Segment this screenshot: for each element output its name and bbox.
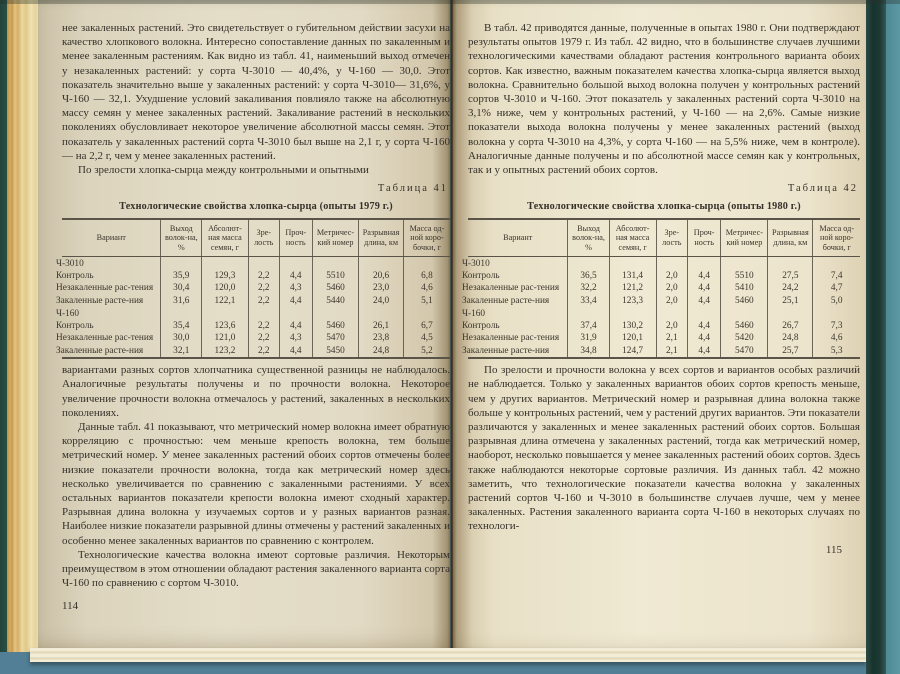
- value-cell: [248, 307, 279, 320]
- column-header: Разрывная длина, км: [768, 219, 813, 257]
- table-row: Незакаленные рас-тения32,2121,22,04,4541…: [468, 282, 860, 295]
- column-header: Разрывная длина, км: [359, 219, 404, 257]
- value-cell: 2,2: [248, 282, 279, 295]
- paragraph: вариантами разных сортов хлопчатника сущ…: [62, 363, 450, 420]
- value-cell: 23,8: [359, 332, 404, 345]
- value-cell: [768, 307, 813, 320]
- column-header: Метричес-кий номер: [312, 219, 359, 257]
- paragraph: нее закаленных растений. Это свидетельст…: [62, 21, 450, 163]
- value-cell: 4,4: [688, 320, 721, 333]
- value-cell: 37,4: [568, 320, 609, 333]
- page-edges-bottom: [30, 648, 866, 662]
- table-row: Незакаленные рас-тения30,4120,02,24,3546…: [62, 282, 450, 295]
- column-header: Вариант: [62, 219, 161, 257]
- value-cell: 130,2: [609, 320, 656, 333]
- left-page-text-column: нее закаленных растений. Это свидетельст…: [62, 21, 450, 641]
- table-header-row: ВариантВыход волок-на, %Абсолют-ная масс…: [468, 219, 860, 257]
- value-cell: 35,9: [161, 270, 202, 283]
- value-cell: 30,0: [161, 332, 202, 345]
- variant-cell: Контроль: [62, 320, 161, 333]
- value-cell: 2,2: [248, 332, 279, 345]
- column-header: Выход волок-на, %: [568, 219, 609, 257]
- column-header: Масса од-ной коро-бочки, г: [403, 219, 450, 257]
- value-cell: [721, 307, 768, 320]
- table-header-row: ВариантВыход волок-на, %Абсолют-ная масс…: [62, 219, 450, 257]
- table-42-title: Технологические свойства хлопка-сырца (о…: [468, 200, 860, 214]
- variant-cell: Закаленные расте-ния: [468, 345, 568, 359]
- value-cell: 123,3: [609, 295, 656, 308]
- table-row: Ч-3010: [468, 257, 860, 270]
- value-cell: 36,5: [568, 270, 609, 283]
- value-cell: 5470: [721, 345, 768, 359]
- value-cell: 5460: [721, 320, 768, 333]
- value-cell: 4,4: [279, 295, 312, 308]
- value-cell: 2,1: [656, 332, 687, 345]
- value-cell: 7,3: [813, 320, 860, 333]
- value-cell: 5470: [312, 332, 359, 345]
- value-cell: 5460: [721, 295, 768, 308]
- value-cell: [359, 257, 404, 270]
- book-spread: нее закаленных растений. Это свидетельст…: [0, 0, 900, 674]
- value-cell: 6,7: [403, 320, 450, 333]
- value-cell: [721, 257, 768, 270]
- value-cell: [609, 307, 656, 320]
- value-cell: [279, 257, 312, 270]
- value-cell: 24,8: [359, 345, 404, 359]
- value-cell: 122,1: [202, 295, 249, 308]
- value-cell: 7,4: [813, 270, 860, 283]
- value-cell: [568, 307, 609, 320]
- table-row: Закаленные расте-ния31,6122,12,24,454402…: [62, 295, 450, 308]
- variant-cell: Ч-3010: [62, 257, 161, 270]
- value-cell: 121,2: [609, 282, 656, 295]
- paragraph: Технологические качества волокна имеют с…: [62, 548, 450, 591]
- value-cell: 4,4: [279, 270, 312, 283]
- column-header: Проч-ность: [688, 219, 721, 257]
- gutter-line: [451, 0, 453, 656]
- value-cell: 2,2: [248, 320, 279, 333]
- value-cell: [688, 307, 721, 320]
- table-row: Ч-160: [468, 307, 860, 320]
- value-cell: 123,6: [202, 320, 249, 333]
- value-cell: 120,1: [609, 332, 656, 345]
- page-edges-left: [0, 0, 42, 652]
- table-row: Ч-3010: [62, 257, 450, 270]
- column-header: Вариант: [468, 219, 568, 257]
- value-cell: 4,6: [403, 282, 450, 295]
- value-cell: 24,8: [768, 332, 813, 345]
- value-cell: [161, 307, 202, 320]
- value-cell: 124,7: [609, 345, 656, 359]
- value-cell: [202, 257, 249, 270]
- table-row: Контроль36,5131,42,04,4551027,57,4: [468, 270, 860, 283]
- value-cell: 33,4: [568, 295, 609, 308]
- value-cell: 6,8: [403, 270, 450, 283]
- page-number-right: 115: [468, 543, 860, 557]
- value-cell: 5460: [312, 282, 359, 295]
- column-header: Выход волок-на, %: [161, 219, 202, 257]
- value-cell: 123,2: [202, 345, 249, 359]
- value-cell: 24,0: [359, 295, 404, 308]
- paragraph: Данные табл. 41 показывают, что метричес…: [62, 420, 450, 548]
- value-cell: 121,0: [202, 332, 249, 345]
- value-cell: 2,0: [656, 270, 687, 283]
- value-cell: 2,2: [248, 345, 279, 359]
- variant-cell: Контроль: [62, 270, 161, 283]
- value-cell: 2,2: [248, 295, 279, 308]
- value-cell: 5,1: [403, 295, 450, 308]
- variant-cell: Незакаленные рас-тения: [468, 332, 568, 345]
- table-row: Закаленные расте-ния32,1123,22,24,454502…: [62, 345, 450, 359]
- column-header: Абсолют-ная масса семян, г: [202, 219, 249, 257]
- page-number-left: 114: [62, 599, 450, 613]
- value-cell: 120,0: [202, 282, 249, 295]
- value-cell: 2,0: [656, 320, 687, 333]
- value-cell: 25,1: [768, 295, 813, 308]
- variant-cell: Незакаленные рас-тения: [468, 282, 568, 295]
- value-cell: 20,6: [359, 270, 404, 283]
- value-cell: [403, 257, 450, 270]
- table-row: Закаленные расте-ния33,4123,32,04,454602…: [468, 295, 860, 308]
- value-cell: 4,4: [688, 282, 721, 295]
- value-cell: 5410: [721, 282, 768, 295]
- variant-cell: Ч-3010: [468, 257, 568, 270]
- table-row: Контроль35,4123,62,24,4546026,16,7: [62, 320, 450, 333]
- value-cell: [813, 257, 860, 270]
- value-cell: 5,0: [813, 295, 860, 308]
- value-cell: 4,7: [813, 282, 860, 295]
- value-cell: 5,3: [813, 345, 860, 359]
- right-page-text-column: В табл. 42 приводятся данные, полученные…: [468, 21, 860, 649]
- background-right: [886, 0, 900, 674]
- value-cell: 32,2: [568, 282, 609, 295]
- paragraph: По зрелости хлопка-сырца между контрольн…: [62, 163, 450, 177]
- table-row: Закаленные расте-ния34,8124,72,14,454702…: [468, 345, 860, 359]
- column-header: Метричес-кий номер: [721, 219, 768, 257]
- value-cell: 5450: [312, 345, 359, 359]
- variant-cell: Закаленные расте-ния: [62, 295, 161, 308]
- value-cell: 5460: [312, 320, 359, 333]
- variant-cell: Закаленные расте-ния: [62, 345, 161, 359]
- value-cell: 4,4: [688, 345, 721, 359]
- value-cell: [312, 257, 359, 270]
- paragraph: В табл. 42 приводятся данные, полученные…: [468, 21, 860, 177]
- value-cell: 5440: [312, 295, 359, 308]
- value-cell: 32,1: [161, 345, 202, 359]
- value-cell: 35,4: [161, 320, 202, 333]
- table-42: ВариантВыход волок-на, %Абсолют-ная масс…: [468, 218, 860, 360]
- variant-cell: Незакаленные рас-тения: [62, 282, 161, 295]
- value-cell: 2,0: [656, 295, 687, 308]
- table-row: Незакаленные рас-тения31,9120,12,14,4542…: [468, 332, 860, 345]
- value-cell: 23,0: [359, 282, 404, 295]
- table-row: Контроль37,4130,22,04,4546026,77,3: [468, 320, 860, 333]
- value-cell: 4,3: [279, 332, 312, 345]
- column-header: Масса од-ной коро-бочки, г: [813, 219, 860, 257]
- table-42-label: Таблица 42: [468, 182, 858, 196]
- value-cell: 4,5: [403, 332, 450, 345]
- value-cell: [656, 257, 687, 270]
- value-cell: [202, 307, 249, 320]
- column-header: Абсолют-ная масса семян, г: [609, 219, 656, 257]
- column-header: Зре-лость: [656, 219, 687, 257]
- value-cell: 4,4: [279, 320, 312, 333]
- value-cell: 25,7: [768, 345, 813, 359]
- variant-cell: Контроль: [468, 320, 568, 333]
- column-header: Зре-лость: [248, 219, 279, 257]
- value-cell: [248, 257, 279, 270]
- value-cell: 131,4: [609, 270, 656, 283]
- value-cell: 4,3: [279, 282, 312, 295]
- paragraph: По зрелости и прочности волокна у всех с…: [468, 363, 860, 533]
- book-cover-right: [866, 0, 886, 674]
- value-cell: 26,1: [359, 320, 404, 333]
- value-cell: [161, 257, 202, 270]
- value-cell: [656, 307, 687, 320]
- variant-cell: Незакаленные рас-тения: [62, 332, 161, 345]
- variant-cell: Ч-160: [62, 307, 161, 320]
- value-cell: 5510: [721, 270, 768, 283]
- table-41-label: Таблица 41: [62, 182, 448, 196]
- value-cell: [768, 257, 813, 270]
- value-cell: 5,2: [403, 345, 450, 359]
- value-cell: 2,1: [656, 345, 687, 359]
- value-cell: [279, 307, 312, 320]
- value-cell: [688, 257, 721, 270]
- value-cell: [403, 307, 450, 320]
- value-cell: 2,2: [248, 270, 279, 283]
- value-cell: [359, 307, 404, 320]
- table-41: ВариантВыход волок-на, %Абсолют-ная масс…: [62, 218, 450, 360]
- value-cell: [813, 307, 860, 320]
- value-cell: 2,0: [656, 282, 687, 295]
- value-cell: 129,3: [202, 270, 249, 283]
- value-cell: 31,6: [161, 295, 202, 308]
- variant-cell: Контроль: [468, 270, 568, 283]
- value-cell: 4,4: [279, 345, 312, 359]
- table-row: Незакаленные рас-тения30,0121,02,24,3547…: [62, 332, 450, 345]
- value-cell: [568, 257, 609, 270]
- value-cell: [609, 257, 656, 270]
- value-cell: [312, 307, 359, 320]
- table-41-title: Технологические свойства хлопка-сырца (о…: [62, 200, 450, 214]
- value-cell: 27,5: [768, 270, 813, 283]
- value-cell: 5420: [721, 332, 768, 345]
- variant-cell: Ч-160: [468, 307, 568, 320]
- table-row: Контроль35,9129,32,24,4551020,66,8: [62, 270, 450, 283]
- value-cell: 5510: [312, 270, 359, 283]
- value-cell: 31,9: [568, 332, 609, 345]
- value-cell: 4,4: [688, 332, 721, 345]
- top-shadow: [0, 0, 900, 4]
- variant-cell: Закаленные расте-ния: [468, 295, 568, 308]
- value-cell: 24,2: [768, 282, 813, 295]
- value-cell: 34,8: [568, 345, 609, 359]
- table-row: Ч-160: [62, 307, 450, 320]
- value-cell: 4,6: [813, 332, 860, 345]
- value-cell: 26,7: [768, 320, 813, 333]
- column-header: Проч-ность: [279, 219, 312, 257]
- value-cell: 4,4: [688, 270, 721, 283]
- value-cell: 4,4: [688, 295, 721, 308]
- value-cell: 30,4: [161, 282, 202, 295]
